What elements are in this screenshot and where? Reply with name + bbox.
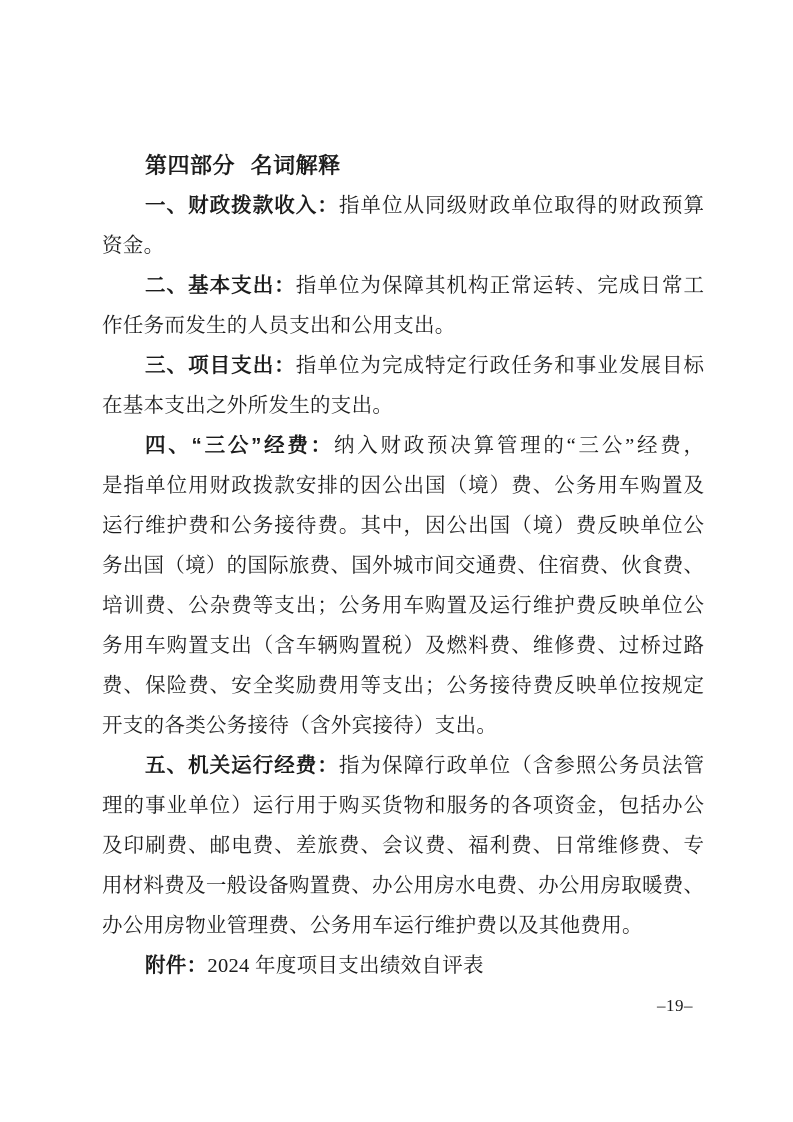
line-text: 费、保险费、安全奖励费用等支出；公务接待费反映单位按规定 xyxy=(102,675,704,697)
text-line: 培训费、公杂费等支出；公务用车购置及运行维护费反映单位公 xyxy=(102,586,704,626)
text-line: 务出国（境）的国际旅费、国外城市间交通费、住宿费、伙食费、 xyxy=(102,546,704,586)
term-label: 一、财政拨款收入： xyxy=(145,194,339,217)
text-line: 二、基本支出：指单位为保障其机构正常运转、完成日常工 xyxy=(102,266,704,306)
attachment-label: 附件： xyxy=(145,954,207,977)
text-line: 运行维护费和公务接待费。其中，因公出国（境）费反映单位公 xyxy=(102,506,704,546)
text-line: 理的事业单位）运行用于购买货物和服务的各项资金，包括办公 xyxy=(102,786,704,826)
line-text: 指为保障行政单位（含参照公务员法管 xyxy=(339,755,704,777)
text-line: 用材料费及一般设备购置费、办公用房水电费、办公用房取暖费、 xyxy=(102,866,704,906)
term-label: 二、基本支出： xyxy=(145,274,296,297)
line-text: 培训费、公杂费等支出；公务用车购置及运行维护费反映单位公 xyxy=(102,595,704,617)
text-line: 办公用房物业管理费、公务用车运行维护费以及其他费用。 xyxy=(102,906,704,946)
term-label: 五、机关运行经费： xyxy=(145,754,339,777)
term-label: 三、项目支出： xyxy=(145,354,296,377)
line-text: 资金。 xyxy=(102,235,164,257)
text-line: 务用车购置支出（含车辆购置税）及燃料费、维修费、过桥过路 xyxy=(102,626,704,666)
line-text: 指单位从同级财政单位取得的财政预算 xyxy=(339,195,704,217)
line-text: 办公用房物业管理费、公务用车运行维护费以及其他费用。 xyxy=(102,915,643,937)
line-text: 指单位为保障其机构正常运转、完成日常工 xyxy=(296,275,704,297)
term-label: 四、“三公”经费： xyxy=(145,434,334,457)
text-line: 开支的各类公务接待（含外宾接待）支出。 xyxy=(102,706,704,746)
text-line: 在基本支出之外所发生的支出。 xyxy=(102,386,704,426)
text-line: 费、保险费、安全奖励费用等支出；公务接待费反映单位按规定 xyxy=(102,666,704,706)
page-number: –19– xyxy=(657,986,693,1026)
line-text: 作任务而发生的人员支出和公用支出。 xyxy=(102,315,456,337)
text-line: 五、机关运行经费：指为保障行政单位（含参照公务员法管 xyxy=(102,746,704,786)
text-line: 作任务而发生的人员支出和公用支出。 xyxy=(102,306,704,346)
text-line: 是指单位用财政拨款安排的因公出国（境）费、公务用车购置及 xyxy=(102,466,704,506)
section-heading: 第四部分 名词解释 xyxy=(102,146,704,186)
line-text: 务用车购置支出（含车辆购置税）及燃料费、维修费、过桥过路 xyxy=(102,635,704,657)
line-text: 及印刷费、邮电费、差旅费、会议费、福利费、日常维修费、专 xyxy=(102,835,704,857)
line-text: 是指单位用财政拨款安排的因公出国（境）费、公务用车购置及 xyxy=(102,475,704,497)
attachment-line: 附件：2024 年度项目支出绩效自评表 xyxy=(102,946,704,986)
text-line: 一、财政拨款收入：指单位从同级财政单位取得的财政预算 xyxy=(102,186,704,226)
line-text: 在基本支出之外所发生的支出。 xyxy=(102,395,393,417)
line-text: 务出国（境）的国际旅费、国外城市间交通费、住宿费、伙食费、 xyxy=(102,555,704,577)
document-page: 第四部分 名词解释 一、财政拨款收入：指单位从同级财政单位取得的财政预算 资金。… xyxy=(0,0,793,1122)
line-text: 用材料费及一般设备购置费、办公用房水电费、办公用房取暖费、 xyxy=(102,875,704,897)
line-text: 运行维护费和公务接待费。其中，因公出国（境）费反映单位公 xyxy=(102,515,704,537)
text-line: 三、项目支出：指单位为完成特定行政任务和事业发展目标 xyxy=(102,346,704,386)
text-line: 资金。 xyxy=(102,226,704,266)
text-line: 及印刷费、邮电费、差旅费、会议费、福利费、日常维修费、专 xyxy=(102,826,704,866)
line-text: 纳入财政预决算管理的“三公”经费， xyxy=(334,435,704,457)
line-text: 理的事业单位）运行用于购买货物和服务的各项资金，包括办公 xyxy=(102,795,704,817)
line-text: 指单位为完成特定行政任务和事业发展目标 xyxy=(296,355,704,377)
line-text: 开支的各类公务接待（含外宾接待）支出。 xyxy=(102,715,497,737)
text-line: 四、“三公”经费：纳入财政预决算管理的“三公”经费， xyxy=(102,426,704,466)
page-content: 第四部分 名词解释 一、财政拨款收入：指单位从同级财政单位取得的财政预算 资金。… xyxy=(102,146,704,986)
line-text: 2024 年度项目支出绩效自评表 xyxy=(207,955,483,977)
